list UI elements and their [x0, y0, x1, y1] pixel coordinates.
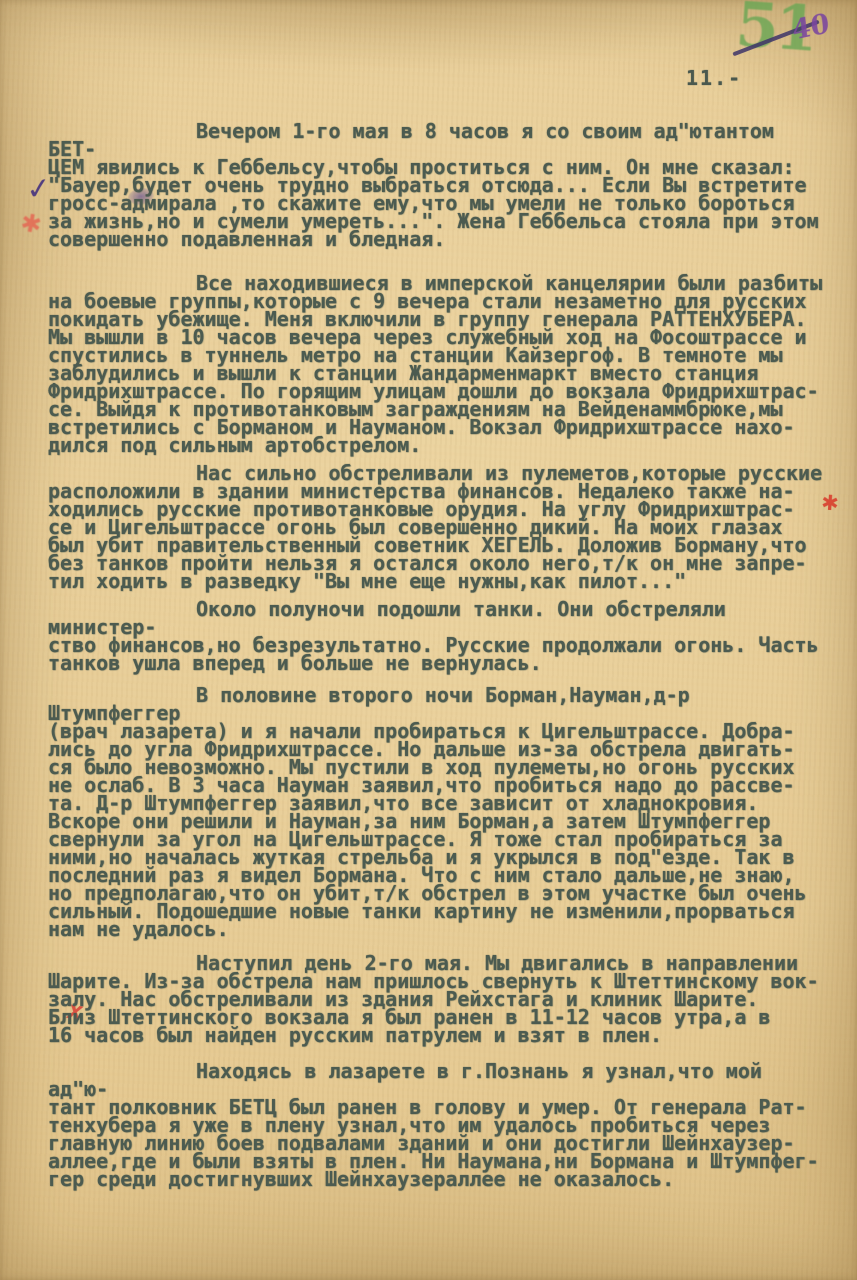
red-asterisk-left-margin: ✱ — [19, 201, 45, 242]
paragraph-7: Находясь в лазарете в г.Познань я узнал,… — [48, 1062, 830, 1188]
paragraph-3: Нас сильно обстреливали из пулеметов,кот… — [48, 464, 830, 590]
handwritten-purple-number: 40 — [791, 8, 831, 47]
paragraph-2: Все находившиеся в имперской канцелярии … — [48, 274, 830, 454]
paragraph-6: Наступил день 2-го мая. Мы двигались в н… — [48, 954, 830, 1044]
page-number: 11.- — [686, 66, 742, 90]
document-page: 51 40 11.- ✓ ✱ ✱ х Вечером 1-го мая в 8 … — [0, 0, 857, 1280]
paragraph-4: Около полуночи подошли танки. Они обстре… — [48, 600, 830, 672]
paragraph-5: В половине второго ночи Борман,Науман,д-… — [48, 686, 830, 938]
paragraph-1: Вечером 1-го мая в 8 часов я со своим ад… — [48, 122, 830, 248]
typewritten-text-block: Вечером 1-го мая в 8 часов я со своим ад… — [48, 122, 830, 1188]
